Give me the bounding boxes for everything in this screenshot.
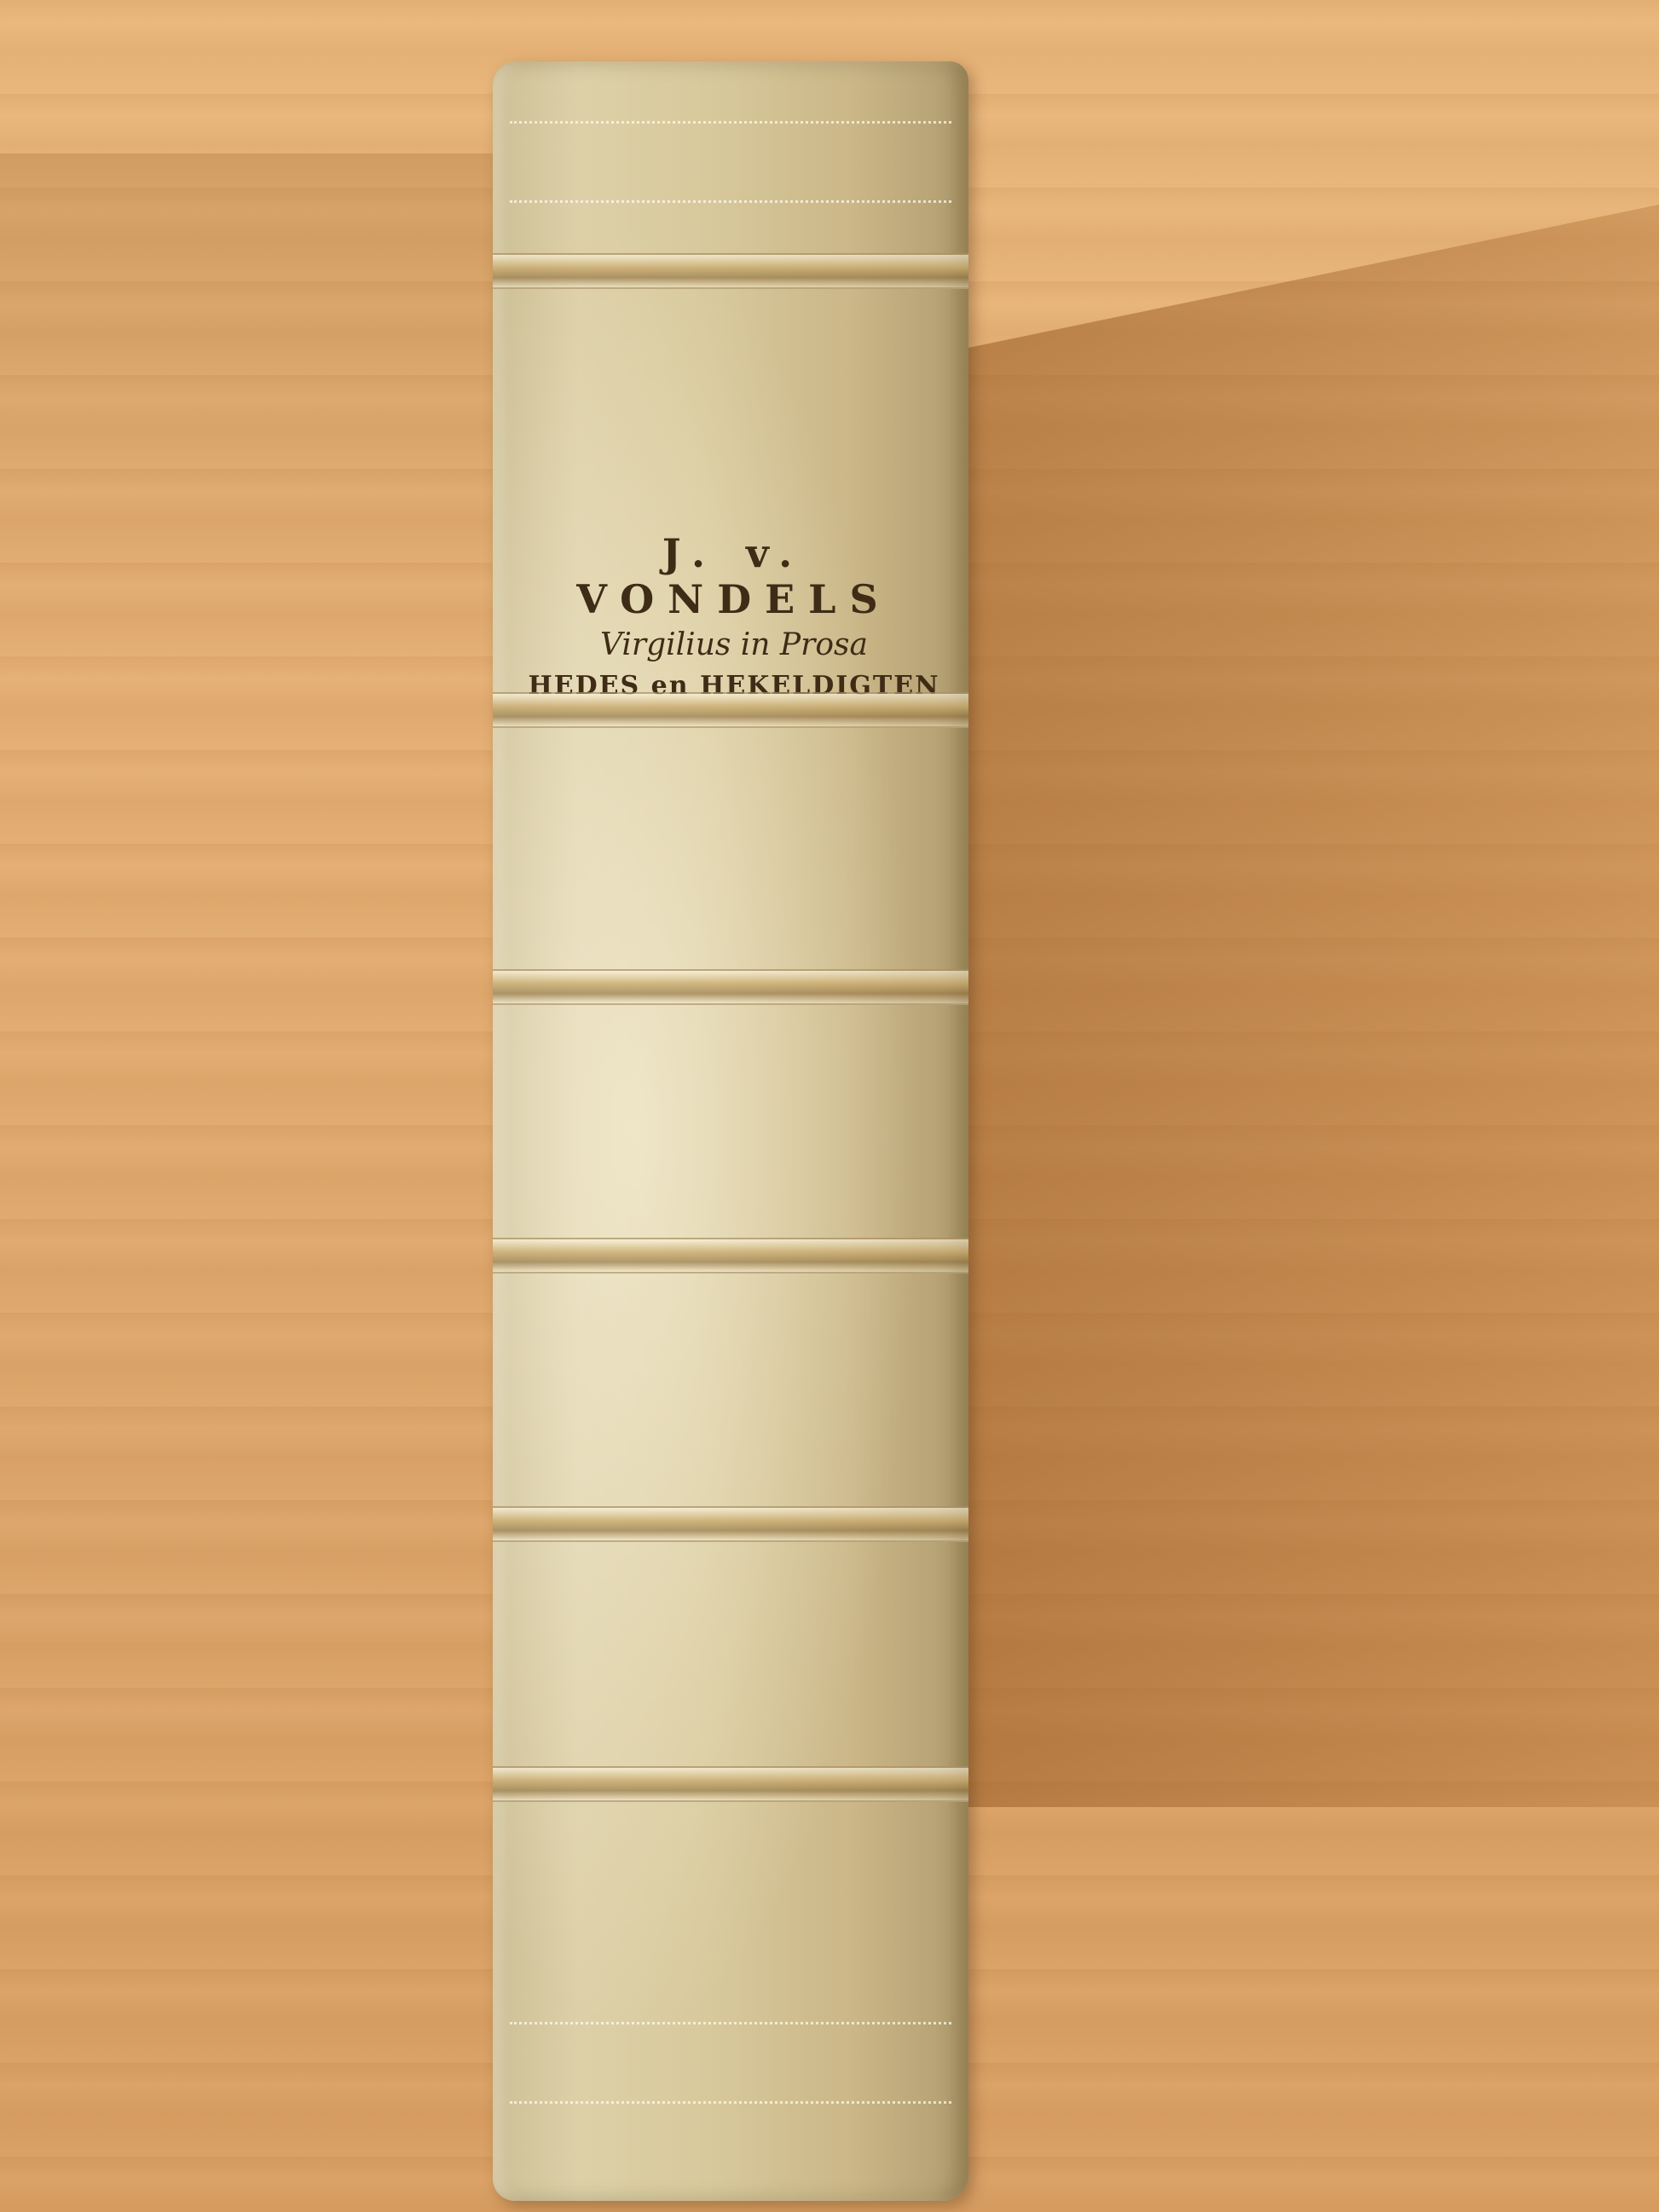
book-shadow bbox=[963, 205, 1659, 1807]
spine-title: Virgilius in Prosa bbox=[508, 627, 960, 662]
raised-band-3 bbox=[493, 969, 968, 1005]
raised-band-5 bbox=[493, 1506, 968, 1542]
raised-band-1 bbox=[493, 253, 968, 289]
top-ornament-band bbox=[510, 121, 951, 203]
raised-band-2 bbox=[493, 692, 968, 728]
raised-band-6 bbox=[493, 1766, 968, 1802]
spine-title-label: J. v. VONDELS Virgilius in Prosa HEDES e… bbox=[508, 513, 960, 701]
background-shadow-top bbox=[0, 153, 494, 682]
raised-band-4 bbox=[493, 1238, 968, 1273]
bottom-ornament-band bbox=[510, 2022, 951, 2104]
spine-author: J. v. VONDELS bbox=[508, 530, 960, 622]
book-spine: J. v. VONDELS Virgilius in Prosa HEDES e… bbox=[493, 61, 968, 2201]
